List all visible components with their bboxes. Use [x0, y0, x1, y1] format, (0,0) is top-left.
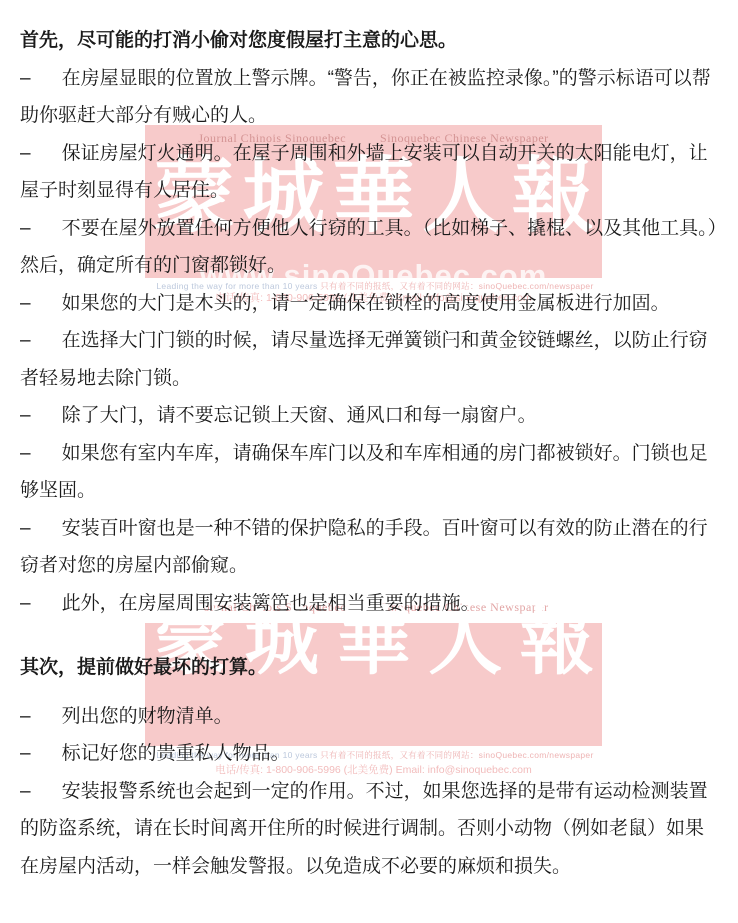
bullet-paragraph: –安装报警系统也会起到一定的作用。不过，如果您选择的是带有运动检测装置的防盗系统…: [20, 773, 720, 886]
bullet-dash: –: [20, 735, 31, 773]
bullet-paragraph: –如果您有室内车库，请确保车库门以及和车库相通的房门都被锁好。门锁也足够坚固。: [20, 435, 720, 510]
bullet-paragraph: –此外，在房屋周围安装篱笆也是相当重要的措施。: [20, 585, 720, 623]
bullet-dash: –: [20, 285, 31, 323]
section-heading: 其次，提前做好最坏的打算。: [20, 649, 720, 687]
paragraph-text: 如果您有室内车库，请确保车库门以及和车库相通的房门都被锁好。门锁也足够坚固。: [20, 443, 708, 502]
paragraph-text: 安装报警系统也会起到一定的作用。不过，如果您选择的是带有运动检测装置的防盗系统，…: [20, 781, 708, 877]
paragraph-text: 除了大门，请不要忘记锁上天窗、通风口和每一扇窗户。: [62, 405, 537, 426]
paragraph-text: 在选择大门门锁的时候，请尽量选择无弹簧锁闩和黄金铰链螺丝，以防止行窃者轻易地去除…: [20, 330, 708, 389]
bullet-paragraph: –标记好您的贵重私人物品。: [20, 735, 720, 773]
paragraph-text: 标记好您的贵重私人物品。: [62, 743, 290, 764]
bullet-dash: –: [20, 322, 31, 360]
bullet-paragraph: –不要在屋外放置任何方便他人行窃的工具。（比如梯子、撬棍、以及其他工具。）然后，…: [20, 210, 720, 285]
bullet-dash: –: [20, 60, 31, 98]
section-heading: 首先，尽可能的打消小偷对您度假屋打主意的心思。: [20, 22, 720, 60]
bullet-paragraph: –在选择大门门锁的时候，请尽量选择无弹簧锁闩和黄金铰链螺丝，以防止行窃者轻易地去…: [20, 322, 720, 397]
paragraph-text: 列出您的财物清单。: [62, 706, 233, 727]
paragraph-text: 安装百叶窗也是一种不错的保护隐私的手段。百叶窗可以有效的防止潜在的行窃者对您的房…: [20, 518, 708, 577]
bullet-dash: –: [20, 210, 31, 248]
paragraph-text: 此外，在房屋周围安装篱笆也是相当重要的措施。: [62, 593, 480, 614]
bullet-dash: –: [20, 135, 31, 173]
bullet-paragraph: –在房屋显眼的位置放上警示牌。“警告，你正在被监控录像。”的警示标语可以帮助你驱…: [20, 60, 720, 135]
bullet-dash: –: [20, 698, 31, 736]
bullet-dash: –: [20, 397, 31, 435]
bullet-dash: –: [20, 773, 31, 811]
paragraph-text: 在房屋显眼的位置放上警示牌。“警告，你正在被监控录像。”的警示标语可以帮助你驱赶…: [20, 68, 711, 127]
paragraph-text: 不要在屋外放置任何方便他人行窃的工具。（比如梯子、撬棍、以及其他工具。）然后，确…: [20, 218, 717, 277]
bullet-paragraph: –安装百叶窗也是一种不错的保护隐私的手段。百叶窗可以有效的防止潜在的行窃者对您的…: [20, 510, 720, 585]
paragraph-text: 如果您的大门是木头的，请一定确保在锁栓的高度使用金属板进行加固。: [62, 293, 670, 314]
bullet-paragraph: –保证房屋灯火通明。在屋子周围和外墙上安装可以自动开关的太阳能电灯，让屋子时刻显…: [20, 135, 720, 210]
paragraph-text: 保证房屋灯火通明。在屋子周围和外墙上安装可以自动开关的太阳能电灯，让屋子时刻显得…: [20, 143, 708, 202]
bullet-dash: –: [20, 585, 31, 623]
bullet-paragraph: –除了大门，请不要忘记锁上天窗、通风口和每一扇窗户。: [20, 397, 720, 435]
document-page: Journal Chinois Sinoquebec Sinoquebec Ch…: [0, 0, 738, 923]
bullet-paragraph: –如果您的大门是木头的，请一定确保在锁栓的高度使用金属板进行加固。: [20, 285, 720, 323]
bullet-dash: –: [20, 510, 31, 548]
bullet-paragraph: –列出您的财物清单。: [20, 698, 720, 736]
article-body: 首先，尽可能的打消小偷对您度假屋打主意的心思。–在房屋显眼的位置放上警示牌。“警…: [0, 0, 720, 885]
bullet-dash: –: [20, 435, 31, 473]
